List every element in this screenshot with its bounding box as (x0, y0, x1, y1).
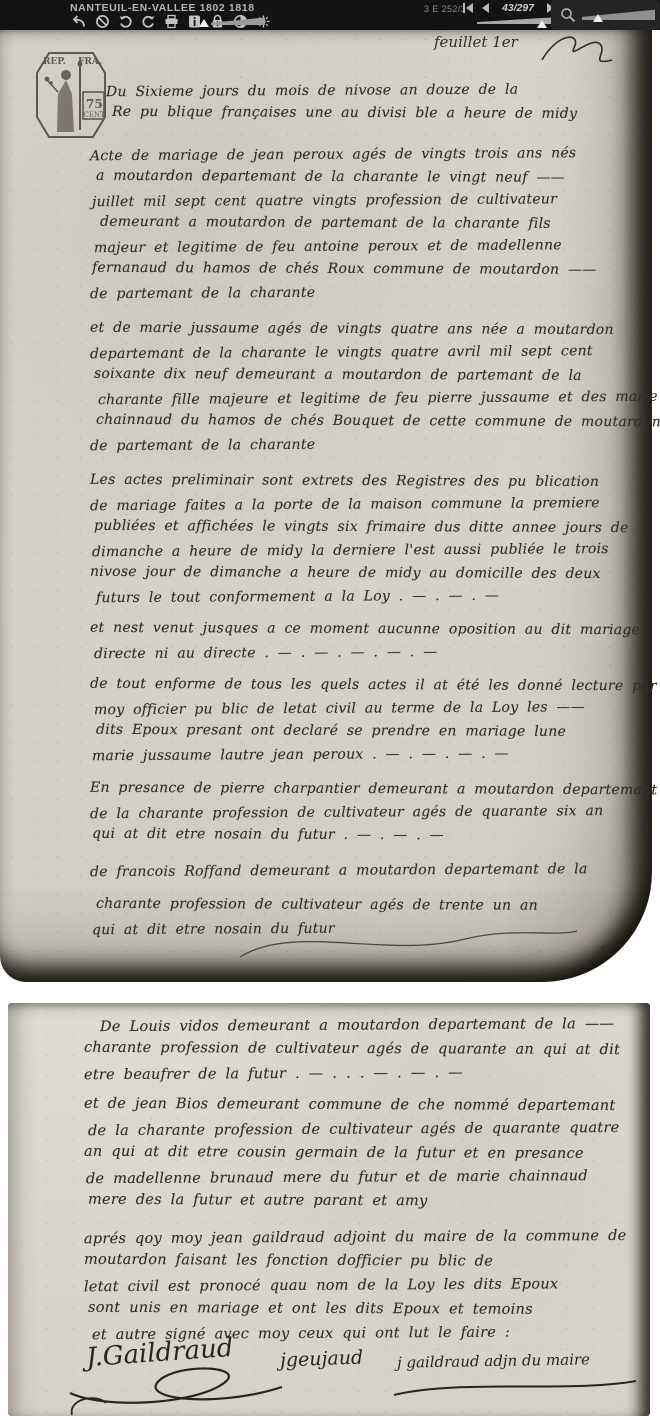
page-indicator: 43/297 (496, 2, 540, 14)
handwritten-line: chainnaud du hamos de chés Bouquet de ce… (96, 412, 646, 437)
handwritten-line: demeurant a moutardon de partemant de la… (100, 214, 646, 239)
handwritten-line: de partemant de la charante (90, 283, 646, 309)
handwritten-line: De Louis vidos demeurant a moutardon dep… (100, 1016, 650, 1043)
handwritten-line: de partemant de la charante (90, 435, 646, 461)
handwritten-line: et de jean Bios demeurant commune de che… (84, 1096, 650, 1122)
handwritten-line: Re pu blique françaises une au divisi bl… (112, 104, 646, 129)
page-slider-thumb[interactable] (537, 20, 547, 28)
partial-flourish-bottom (66, 1393, 128, 1416)
signatures: J.Gaildraudjgeujaudj gaildraud adjn du m… (86, 1338, 590, 1370)
signature: J.Gaildraud (85, 1333, 234, 1373)
handwritten-line: En presance de pierre charpantier demeur… (90, 780, 646, 805)
handwritten-line: et nest venut jusques a ce moment aucunn… (90, 620, 646, 645)
prev-page-button[interactable] (479, 2, 491, 14)
handwritten-line: et de marie jussaume agés de vingts quat… (90, 320, 646, 345)
handwritten-line: publiées et affichées le vingts six frim… (94, 518, 646, 543)
handwritten-line: etre beaufrer de la futur . — . . . — . … (84, 1064, 650, 1091)
act-text-page-2: De Louis vidos demeurant a moutardon dep… (84, 1017, 650, 1349)
brightness-slider-thumb[interactable] (199, 19, 209, 27)
handwritten-line: charante profession de cultivateur agés … (84, 1040, 650, 1066)
handwritten-line: directe ni au directe . — . — . — . — . … (94, 643, 646, 669)
signature-flourish-right (390, 1375, 642, 1403)
handwritten-line: moutardon faisant les fonction dofficier… (84, 1252, 650, 1278)
print-icon[interactable] (164, 14, 179, 29)
rotate-left-icon[interactable] (118, 14, 133, 29)
handwritten-line: futurs le tout conformement a la Loy . —… (96, 587, 646, 613)
handwritten-line: qui at dit etre nosain du futur (92, 919, 646, 945)
rotate-right-icon[interactable] (141, 14, 156, 29)
handwritten-line: dits Epoux presant ont declaré se prendr… (96, 722, 646, 747)
handwritten-line: marie jussaume lautre jean peroux . — . … (92, 745, 646, 771)
handwritten-line: nivose jour de dimanche a heure de midy … (90, 564, 646, 589)
zoom-slider-thumb[interactable] (593, 14, 603, 22)
handwritten-line: de francois Roffand demeurant a moutardo… (90, 861, 646, 887)
handwritten-line: Les actes preliminair sont extrets des R… (90, 472, 646, 497)
block-icon[interactable] (95, 14, 110, 29)
stamp-rep-text: REP. (43, 57, 66, 67)
first-page-button[interactable] (462, 2, 474, 14)
page-slider[interactable] (477, 16, 553, 29)
toolbar: NANTEUIL-EN-VALLEE 1802 1818 (0, 0, 660, 30)
handwritten-line: mere des la futur et autre parant et amy (88, 1192, 650, 1218)
scanned-page-1[interactable]: REP. FRA. 75 CENT feuillet 1er Du Sixiem… (0, 30, 652, 982)
brightness-slider[interactable] (203, 16, 265, 28)
magnifier-icon (560, 7, 576, 28)
heading-flourish (538, 30, 618, 70)
handwritten-line: de la charante profession de cultivateur… (88, 1120, 650, 1147)
handwritten-line: fernanaud du hamos de chés Roux commune … (92, 260, 646, 285)
signature: jgeujaud (279, 1347, 363, 1372)
archive-viewer: NANTEUIL-EN-VALLEE 1802 1818 (0, 0, 660, 1416)
handwritten-line: a moutardon departemant de la charante l… (96, 168, 646, 193)
handwritten-line: charante profession de cultivateur agés … (96, 896, 646, 921)
handwritten-line: de madellenne brunaud mere du futur et d… (86, 1168, 650, 1195)
archive-reference: 3 E 252/3 (424, 4, 466, 14)
handwritten-line: aprés qoy moy jean gaildraud adjoint du … (84, 1228, 650, 1255)
handwritten-line: letat civil est pronocé quau nom de la L… (84, 1276, 650, 1303)
scanned-page-2[interactable]: De Louis vidos demeurant a moutardon dep… (8, 1003, 650, 1416)
handwritten-line: sont unis en mariage et ont les dits Epo… (88, 1300, 650, 1326)
folio-number: 42 (598, 944, 613, 958)
handwritten-line: de tout enforme de tous les quels actes … (90, 676, 646, 701)
folio-heading: feuillet 1er (434, 33, 518, 51)
act-text-page-1: Du Sixieme jours du mois de nivose an do… (90, 82, 646, 943)
handwritten-line: qui at dit etre nosain du futur . — . — … (92, 826, 646, 851)
zoom-panel (551, 0, 660, 30)
handwritten-line: an qui at dit etre cousin germain de la … (84, 1144, 650, 1170)
undo-icon[interactable] (72, 14, 87, 29)
document-title: NANTEUIL-EN-VALLEE 1802 1818 (70, 2, 255, 14)
brightness-slider-track[interactable] (211, 17, 265, 25)
handwritten-line: soixante dix neuf demeurant a moutardon … (94, 366, 646, 391)
signature: j gaildraud adjn du maire (397, 1350, 590, 1371)
